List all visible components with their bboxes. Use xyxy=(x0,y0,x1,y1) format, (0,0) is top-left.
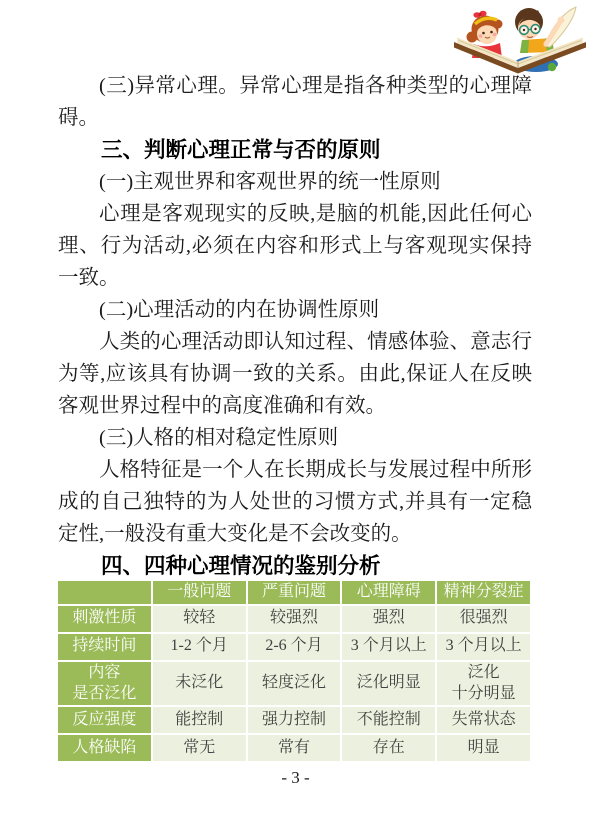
table-cell: 2-6 个月 xyxy=(248,634,341,660)
heading-section-three: 三、判断心理正常与否的原则 xyxy=(58,134,532,166)
table-cell: 1-2 个月 xyxy=(153,634,246,660)
principle-three-title: (三)人格的相对稳定性原则 xyxy=(58,422,532,454)
table-cell: 不能控制 xyxy=(342,707,435,733)
table-header-row: 一般问题 严重问题 心理障碍 精神分裂症 xyxy=(58,581,530,604)
psychological-conditions-table: 一般问题 严重问题 心理障碍 精神分裂症 刺激性质 较轻 较强烈 强烈 很强烈 … xyxy=(56,579,532,763)
table-cell: 常有 xyxy=(248,735,341,761)
row-header-reaction-intensity: 反应强度 xyxy=(58,707,151,733)
column-header-general-problem: 一般问题 xyxy=(153,581,246,604)
open-book xyxy=(454,38,586,74)
children-reading-book-illustration xyxy=(452,4,588,78)
column-header-mental-disorder: 心理障碍 xyxy=(342,581,435,604)
table-cell: 很强烈 xyxy=(437,606,530,632)
principle-one-title: (一)主观世界和客观世界的统一性原则 xyxy=(58,166,532,198)
table-cell: 泛化 十分明显 xyxy=(437,662,530,706)
table-cell: 3 个月以上 xyxy=(437,634,530,660)
document-page: (三)异常心理。异常心理是指各种类型的心理障碍。 三、判断心理正常与否的原则 (… xyxy=(0,0,591,827)
paragraph-abnormal-psychology: (三)异常心理。异常心理是指各种类型的心理障碍。 xyxy=(58,70,532,134)
table-cell: 较强烈 xyxy=(248,606,341,632)
table-cell: 轻度泛化 xyxy=(248,662,341,706)
table-cell: 明显 xyxy=(437,735,530,761)
table-cell: 存在 xyxy=(342,735,435,761)
column-header-schizophrenia: 精神分裂症 xyxy=(437,581,530,604)
table-row: 持续时间 1-2 个月 2-6 个月 3 个月以上 3 个月以上 xyxy=(58,634,530,660)
row-header-personality-defect: 人格缺陷 xyxy=(58,735,151,761)
page-number: - 3 - xyxy=(0,766,591,790)
row-header-stimulus-nature: 刺激性质 xyxy=(58,606,151,632)
table-cell: 较轻 xyxy=(153,606,246,632)
heading-section-four: 四、四种心理情况的鉴别分析 xyxy=(58,550,532,582)
row-header-generalization: 内容 是否泛化 xyxy=(58,662,151,706)
body-text: (三)异常心理。异常心理是指各种类型的心理障碍。 三、判断心理正常与否的原则 (… xyxy=(58,70,532,582)
table-cell: 强力控制 xyxy=(248,707,341,733)
page-flip-and-arm xyxy=(544,7,576,47)
table-cell: 失常状态 xyxy=(437,707,530,733)
principle-two-title: (二)心理活动的内在协调性原则 xyxy=(58,294,532,326)
table-cell: 能控制 xyxy=(153,707,246,733)
table-row: 人格缺陷 常无 常有 存在 明显 xyxy=(58,735,530,761)
principle-two-text: 人类的心理活动即认知过程、情感体验、意志行为等,应该具有协调一致的关系。由此,保… xyxy=(58,326,532,422)
table-row: 反应强度 能控制 强力控制 不能控制 失常状态 xyxy=(58,707,530,733)
column-header-serious-problem: 严重问题 xyxy=(248,581,341,604)
table-cell: 泛化明显 xyxy=(342,662,435,706)
table-cell: 常无 xyxy=(153,735,246,761)
table-cell: 强烈 xyxy=(342,606,435,632)
principle-three-text: 人格特征是一个人在长期成长与发展过程中所形成的自己独特的为人处世的习惯方式,并具… xyxy=(58,454,532,550)
table-row: 内容 是否泛化 未泛化 轻度泛化 泛化明显 泛化 十分明显 xyxy=(58,662,530,706)
table-cell: 未泛化 xyxy=(153,662,246,706)
principle-one-text: 心理是客观现实的反映,是脑的机能,因此任何心理、行为活动,必须在内容和形式上与客… xyxy=(58,198,532,294)
table-corner-cell xyxy=(58,581,151,604)
table-row: 刺激性质 较轻 较强烈 强烈 很强烈 xyxy=(58,606,530,632)
table-cell: 3 个月以上 xyxy=(342,634,435,660)
row-header-duration: 持续时间 xyxy=(58,634,151,660)
